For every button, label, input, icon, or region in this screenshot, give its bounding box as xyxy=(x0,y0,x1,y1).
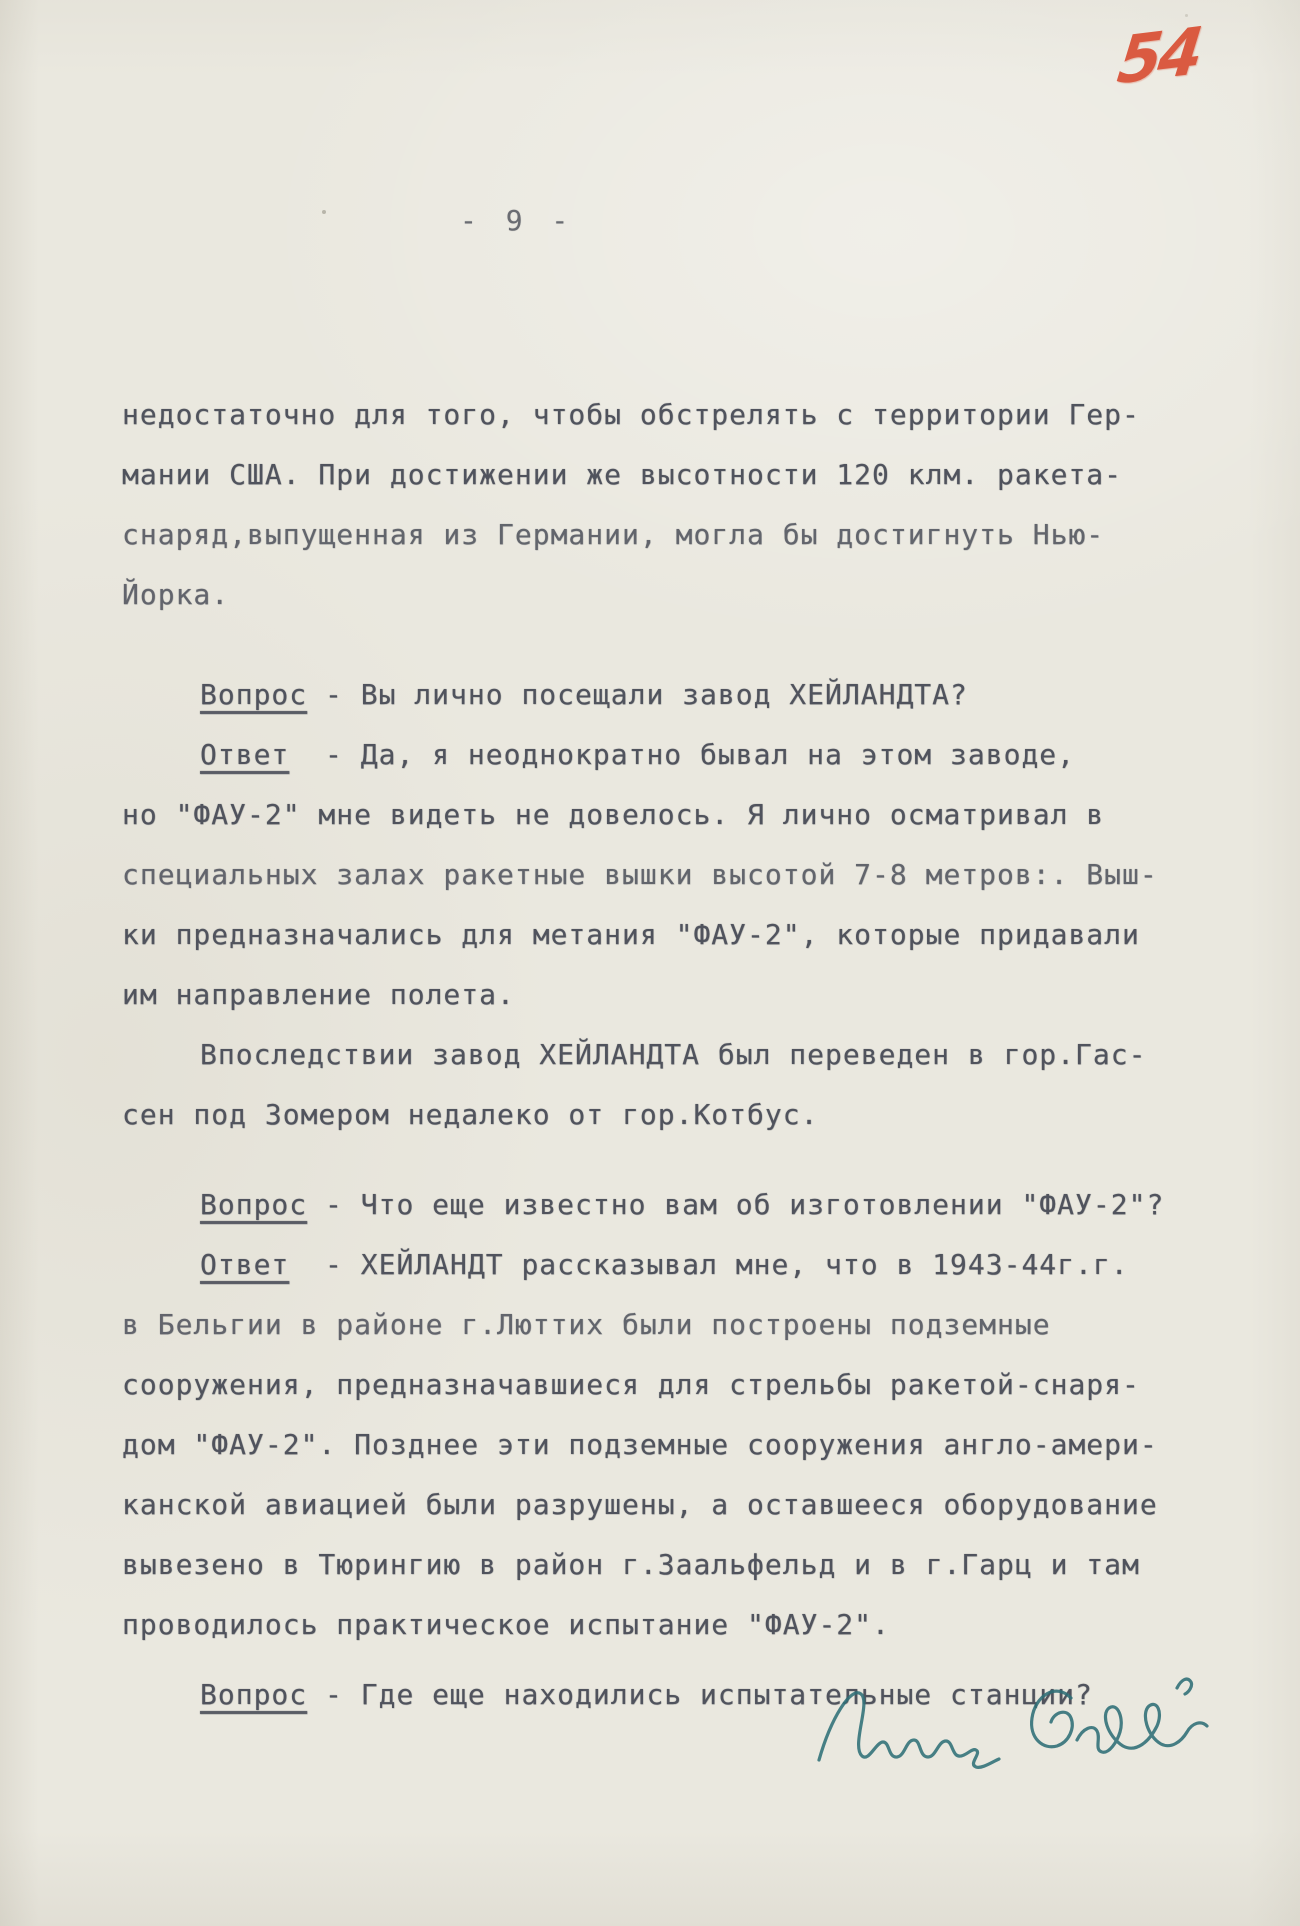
typed-line-answer: Ответ - ХЕЙЛАНДТ рассказывал мне, что в … xyxy=(122,1235,1232,1295)
line-text: дом "ФАУ-2". Позднее эти подземные соору… xyxy=(122,1428,1158,1461)
line-text: сооружения, предназначавшиеся для стрель… xyxy=(122,1368,1140,1401)
typed-line: недостаточно для того, чтобы обстрелять … xyxy=(122,385,1232,445)
typed-line-answer: Ответ - Да, я неоднократно бывал на этом… xyxy=(122,725,1232,785)
typed-line: но "ФАУ-2" мне видеть не довелось. Я лич… xyxy=(122,785,1232,845)
line-text: специальных залах ракетные вышки высотой… xyxy=(122,858,1158,891)
document-page: 54 - 9 - недостаточно для того, чтобы об… xyxy=(0,0,1300,1926)
typed-line: Впоследствии завод ХЕЙЛАНДТА был перевед… xyxy=(122,1025,1232,1085)
line-text: мании США. При достижении же высотности … xyxy=(122,458,1122,491)
typed-text-block: недостаточно для того, чтобы обстрелять … xyxy=(122,385,1232,1725)
page-number: - 9 - xyxy=(460,204,590,237)
line-text: - Что еще известно вам об изготовлении "… xyxy=(307,1188,1164,1221)
answer-label: Ответ xyxy=(200,1248,289,1281)
line-text: в Бельгии в районе г.Люттих были построе… xyxy=(122,1308,1051,1341)
line-text: Впоследствии завод ХЕЙЛАНДТА был перевед… xyxy=(200,1038,1146,1071)
typed-line-question: Вопрос - Вы лично посещали завод ХЕЙЛАНД… xyxy=(122,665,1232,725)
typed-line: ки предназначались для метания "ФАУ-2", … xyxy=(122,905,1232,965)
typed-line: мании США. При достижении же высотности … xyxy=(122,445,1232,505)
signature xyxy=(805,1660,1235,1800)
line-text: Йорка. xyxy=(122,578,229,611)
question-label: Вопрос xyxy=(200,1678,307,1711)
paper-speck xyxy=(1185,14,1188,17)
typed-line: в Бельгии в районе г.Люттих были построе… xyxy=(122,1295,1232,1355)
question-label: Вопрос xyxy=(200,1188,307,1221)
line-text: - ХЕЙЛАНДТ рассказывал мне, что в 1943-4… xyxy=(289,1248,1128,1281)
line-text: - Да, я неоднократно бывал на этом завод… xyxy=(289,738,1075,771)
line-text: вывезено в Тюрингию в район г.Заальфельд… xyxy=(122,1548,1140,1581)
line-text: им направление полета. xyxy=(122,978,515,1011)
line-text: канской авиацией были разрушены, а остав… xyxy=(122,1488,1158,1521)
typed-line: вывезено в Тюрингию в район г.Заальфельд… xyxy=(122,1535,1232,1595)
typed-line-question: Вопрос - Что еще известно вам об изготов… xyxy=(122,1175,1232,1235)
typed-line: сооружения, предназначавшиеся для стрель… xyxy=(122,1355,1232,1415)
line-text: ки предназначались для метания "ФАУ-2", … xyxy=(122,918,1140,951)
folio-number: 54 xyxy=(1114,14,1204,100)
typed-line: специальных залах ракетные вышки высотой… xyxy=(122,845,1232,905)
line-text: снаряд,выпущенная из Германии, могла бы … xyxy=(122,518,1104,551)
line-text: сен под Зомером недалеко от гор.Котбус. xyxy=(122,1098,818,1131)
paper-speck xyxy=(322,210,326,214)
typed-line: дом "ФАУ-2". Позднее эти подземные соору… xyxy=(122,1415,1232,1475)
line-text: - Вы лично посещали завод ХЕЙЛАНДТА? xyxy=(307,678,968,711)
line-text: проводилось практическое испытание "ФАУ-… xyxy=(122,1608,890,1641)
typed-line: канской авиацией были разрушены, а остав… xyxy=(122,1475,1232,1535)
typed-line: проводилось практическое испытание "ФАУ-… xyxy=(122,1595,1232,1655)
typed-line: Йорка. xyxy=(122,565,1232,625)
line-text: недостаточно для того, чтобы обстрелять … xyxy=(122,398,1140,431)
typed-line: сен под Зомером недалеко от гор.Котбус. xyxy=(122,1085,1232,1145)
line-text: но "ФАУ-2" мне видеть не довелось. Я лич… xyxy=(122,798,1104,831)
typed-line: снаряд,выпущенная из Германии, могла бы … xyxy=(122,505,1232,565)
typed-line: им направление полета. xyxy=(122,965,1232,1025)
question-label: Вопрос xyxy=(200,678,307,711)
answer-label: Ответ xyxy=(200,738,289,771)
